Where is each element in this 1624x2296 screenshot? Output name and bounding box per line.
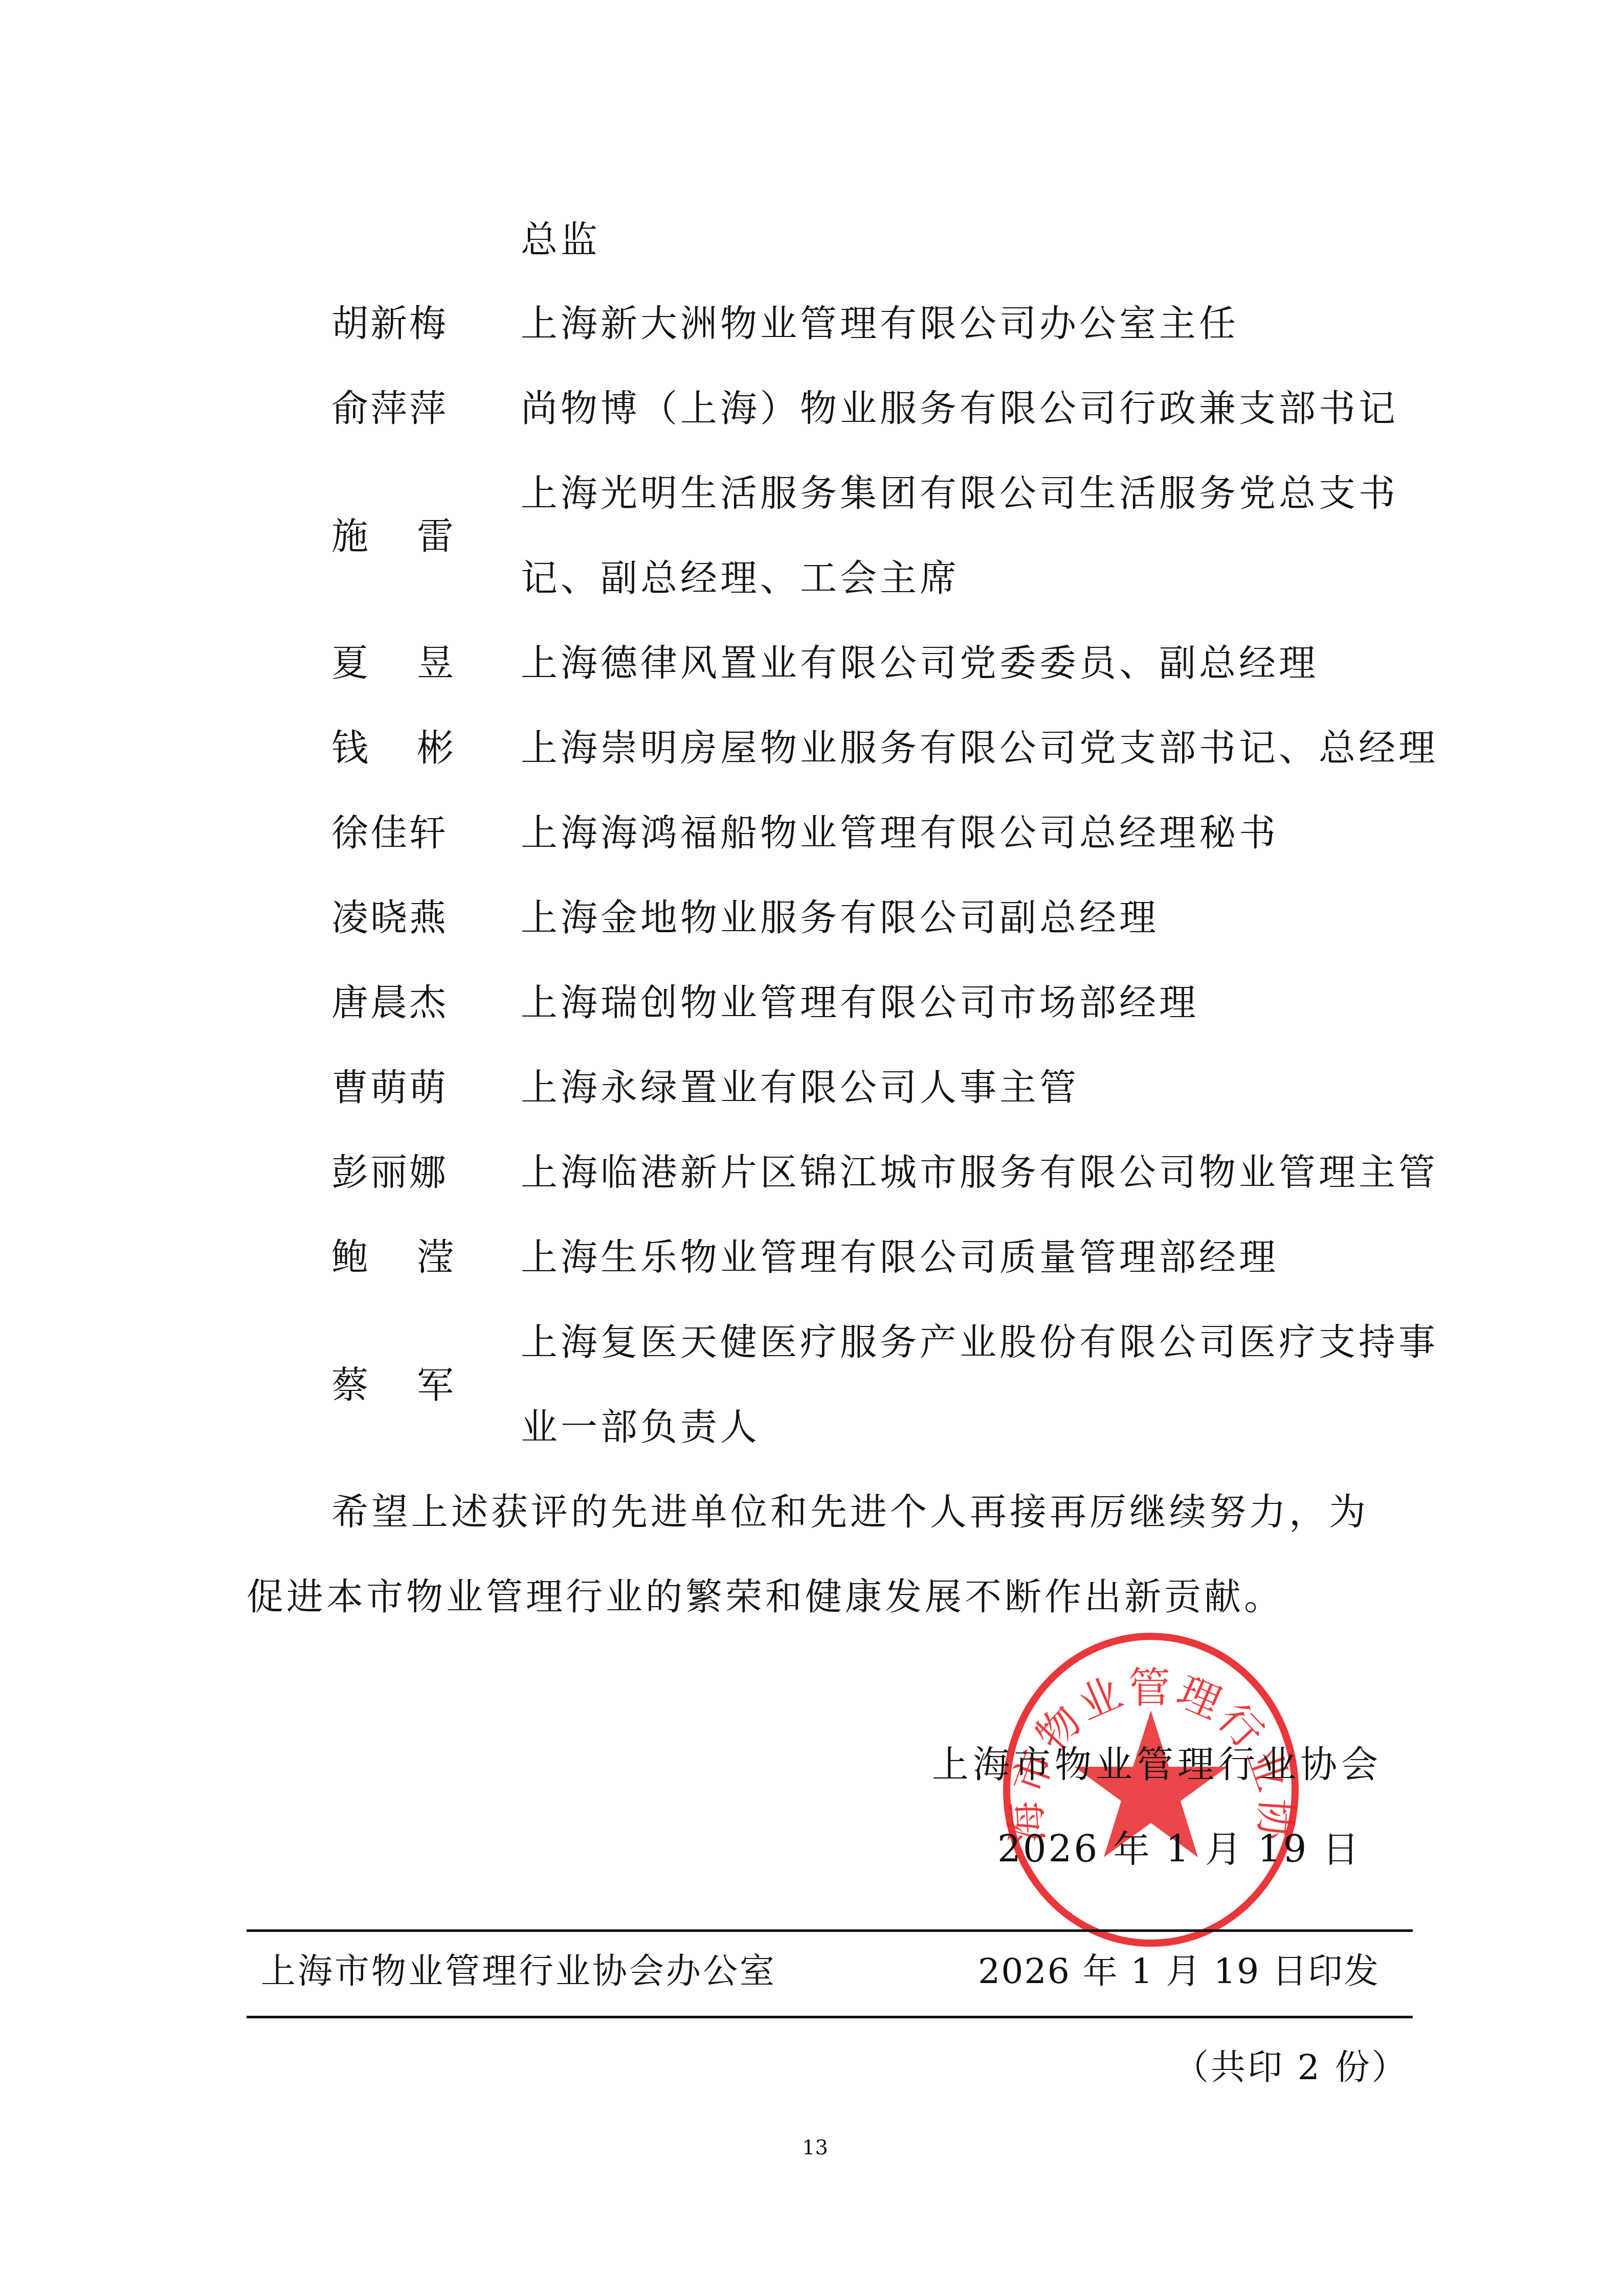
signature-organization: 上海市物业管理行业协会 <box>932 1746 1382 1783</box>
list-item-position: 上海瑞创物业管理有限公司市场部经理 <box>521 984 1199 1021</box>
list-item-name: 曹萌萌 <box>331 1069 448 1106</box>
list-item-position: 上海德律风置业有限公司党委委员、副总经理 <box>521 644 1319 681</box>
list-item-position: 上海临港新片区锦江城市服务有限公司物业管理主管 <box>521 1154 1438 1190</box>
list-item-position: 上海崇明房屋物业服务有限公司党支部书记、总经理 <box>521 729 1438 766</box>
list-item-position: 上海复医天健医疗服务产业股份有限公司医疗支持事 <box>521 1323 1438 1360</box>
footer-top-rule <box>247 1929 1413 1932</box>
copies-note: （共印 2 份） <box>1174 2051 1409 2085</box>
list-item-name: 彭丽娜 <box>331 1154 448 1190</box>
list-item-name: 施雷 <box>331 517 502 554</box>
list-item-position-cont: 业一部负责人 <box>521 1408 760 1445</box>
list-item-name: 胡新梅 <box>331 305 448 342</box>
list-item-position: 上海新大洲物业管理有限公司办公室主任 <box>521 305 1239 342</box>
footer-issuer: 上海市物业管理行业协会办公室 <box>261 1954 776 1989</box>
list-item-position: 上海海鸿福船物业管理有限公司总经理秘书 <box>521 814 1279 851</box>
signature-date: 2026 年 1 月 19 日 <box>997 1831 1361 1867</box>
list-item-name: 凌晓燕 <box>331 899 448 936</box>
closing-paragraph-line1: 希望上述获评的先进单位和先进个人再接再厉继续努力，为 <box>331 1493 1369 1530</box>
list-item-position: 尚物博（上海）物业服务有限公司行政兼支部书记 <box>521 390 1398 426</box>
list-item-name: 钱彬 <box>331 729 502 766</box>
list-item-name: 鲍滢 <box>331 1239 502 1275</box>
document-page: 总监 胡新梅 上海新大洲物业管理有限公司办公室主任 俞萍萍 尚物博（上海）物业服… <box>0 0 1624 2296</box>
list-item-position: 上海光明生活服务集团有限公司生活服务党总支书 <box>521 475 1398 511</box>
list-continuation: 总监 <box>521 221 600 258</box>
list-item-position-cont: 记、副总经理、工会主席 <box>521 559 960 596</box>
list-item-position: 上海生乐物业管理有限公司质量管理部经理 <box>521 1239 1279 1275</box>
list-item-name: 夏昱 <box>331 644 502 681</box>
list-item-position: 上海永绿置业有限公司人事主管 <box>521 1069 1079 1106</box>
footer-issue-date: 2026 年 1 月 19 日印发 <box>978 1954 1380 1989</box>
list-item-name: 唐晨杰 <box>331 984 448 1021</box>
list-item-position: 上海金地物业服务有限公司副总经理 <box>521 899 1159 936</box>
page-number: 13 <box>802 2137 828 2158</box>
footer-bottom-rule <box>247 2016 1413 2018</box>
list-item-name: 蔡军 <box>331 1366 502 1403</box>
closing-paragraph-line2: 促进本市物业管理行业的繁荣和健康发展不断作出新贡献。 <box>247 1578 1284 1615</box>
list-item-name: 俞萍萍 <box>331 390 448 426</box>
list-item-name: 徐佳轩 <box>331 814 448 851</box>
